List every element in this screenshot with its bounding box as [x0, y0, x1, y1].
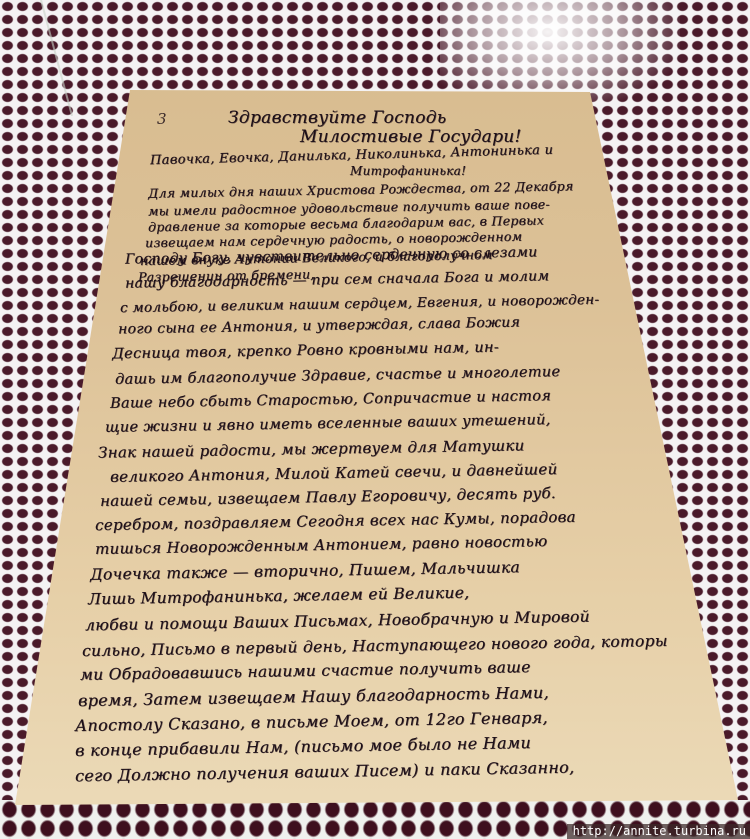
letter-line: сего Должно получения ваших Писем) и пак… — [75, 758, 575, 786]
letter-line: сильно, Письмо в первый день, Наступающе… — [82, 632, 668, 660]
watermark-url: http://annite.turbina.ru — [567, 824, 750, 839]
letter-line: тишься Новорожденным Антонием, равно нов… — [95, 532, 548, 558]
letter-line: любви и помощи Ваших Письмах, Новобрачну… — [85, 608, 590, 635]
letter-line: Дочечка также — вторично, Пишем, Мальчиш… — [90, 558, 520, 584]
page-number: 3 — [157, 110, 167, 128]
greeting-line-1: Здравствуйте Господь — [228, 108, 446, 128]
letter-line: дашь им благополучие Здравие, счастье и … — [115, 364, 561, 388]
letter-line: великого Антония, Милой Катей свечи, и д… — [110, 460, 558, 486]
letter-line: Апостолу Сказано, в письме Моем, от 12го… — [75, 708, 548, 735]
letter-line: Лишь Митрофанинька, желаем ей Великие, — [88, 584, 470, 609]
letter-line: время, Затем извещаем Нашу благодарность… — [78, 683, 549, 710]
letter-line: ного сына ее Антония, и утверждая, слава… — [118, 314, 520, 337]
letter-line: ми Обрадовавшись нашими счастие получить… — [80, 658, 531, 684]
letter-line: нашей семьи, извещаем Павлу Егоровичу, д… — [100, 484, 556, 510]
letter-line: Ваше небо сбыть Старостью, Сопричастие и… — [110, 388, 551, 412]
letter-line: Знак нашей радости, мы жертвуем для Мату… — [98, 436, 525, 461]
letter-content: 3 Здравствуйте Господь Милостивые Госуда… — [0, 0, 750, 839]
letter-line: в конце прибавили Нам, (письмо мое было … — [75, 733, 531, 760]
letter-line: Митрофанинька! — [350, 164, 466, 178]
letter-line: щие жизни и явно иметь вселенные ваших у… — [105, 412, 551, 436]
letter-line: с мольбою, и великим нашим сердцем, Евге… — [120, 292, 600, 316]
letter-line: Десница твоя, крепко Ровно кровными нам,… — [112, 340, 499, 363]
letter-line: серебром, поздравляем Сегодня всех нас К… — [95, 508, 576, 534]
